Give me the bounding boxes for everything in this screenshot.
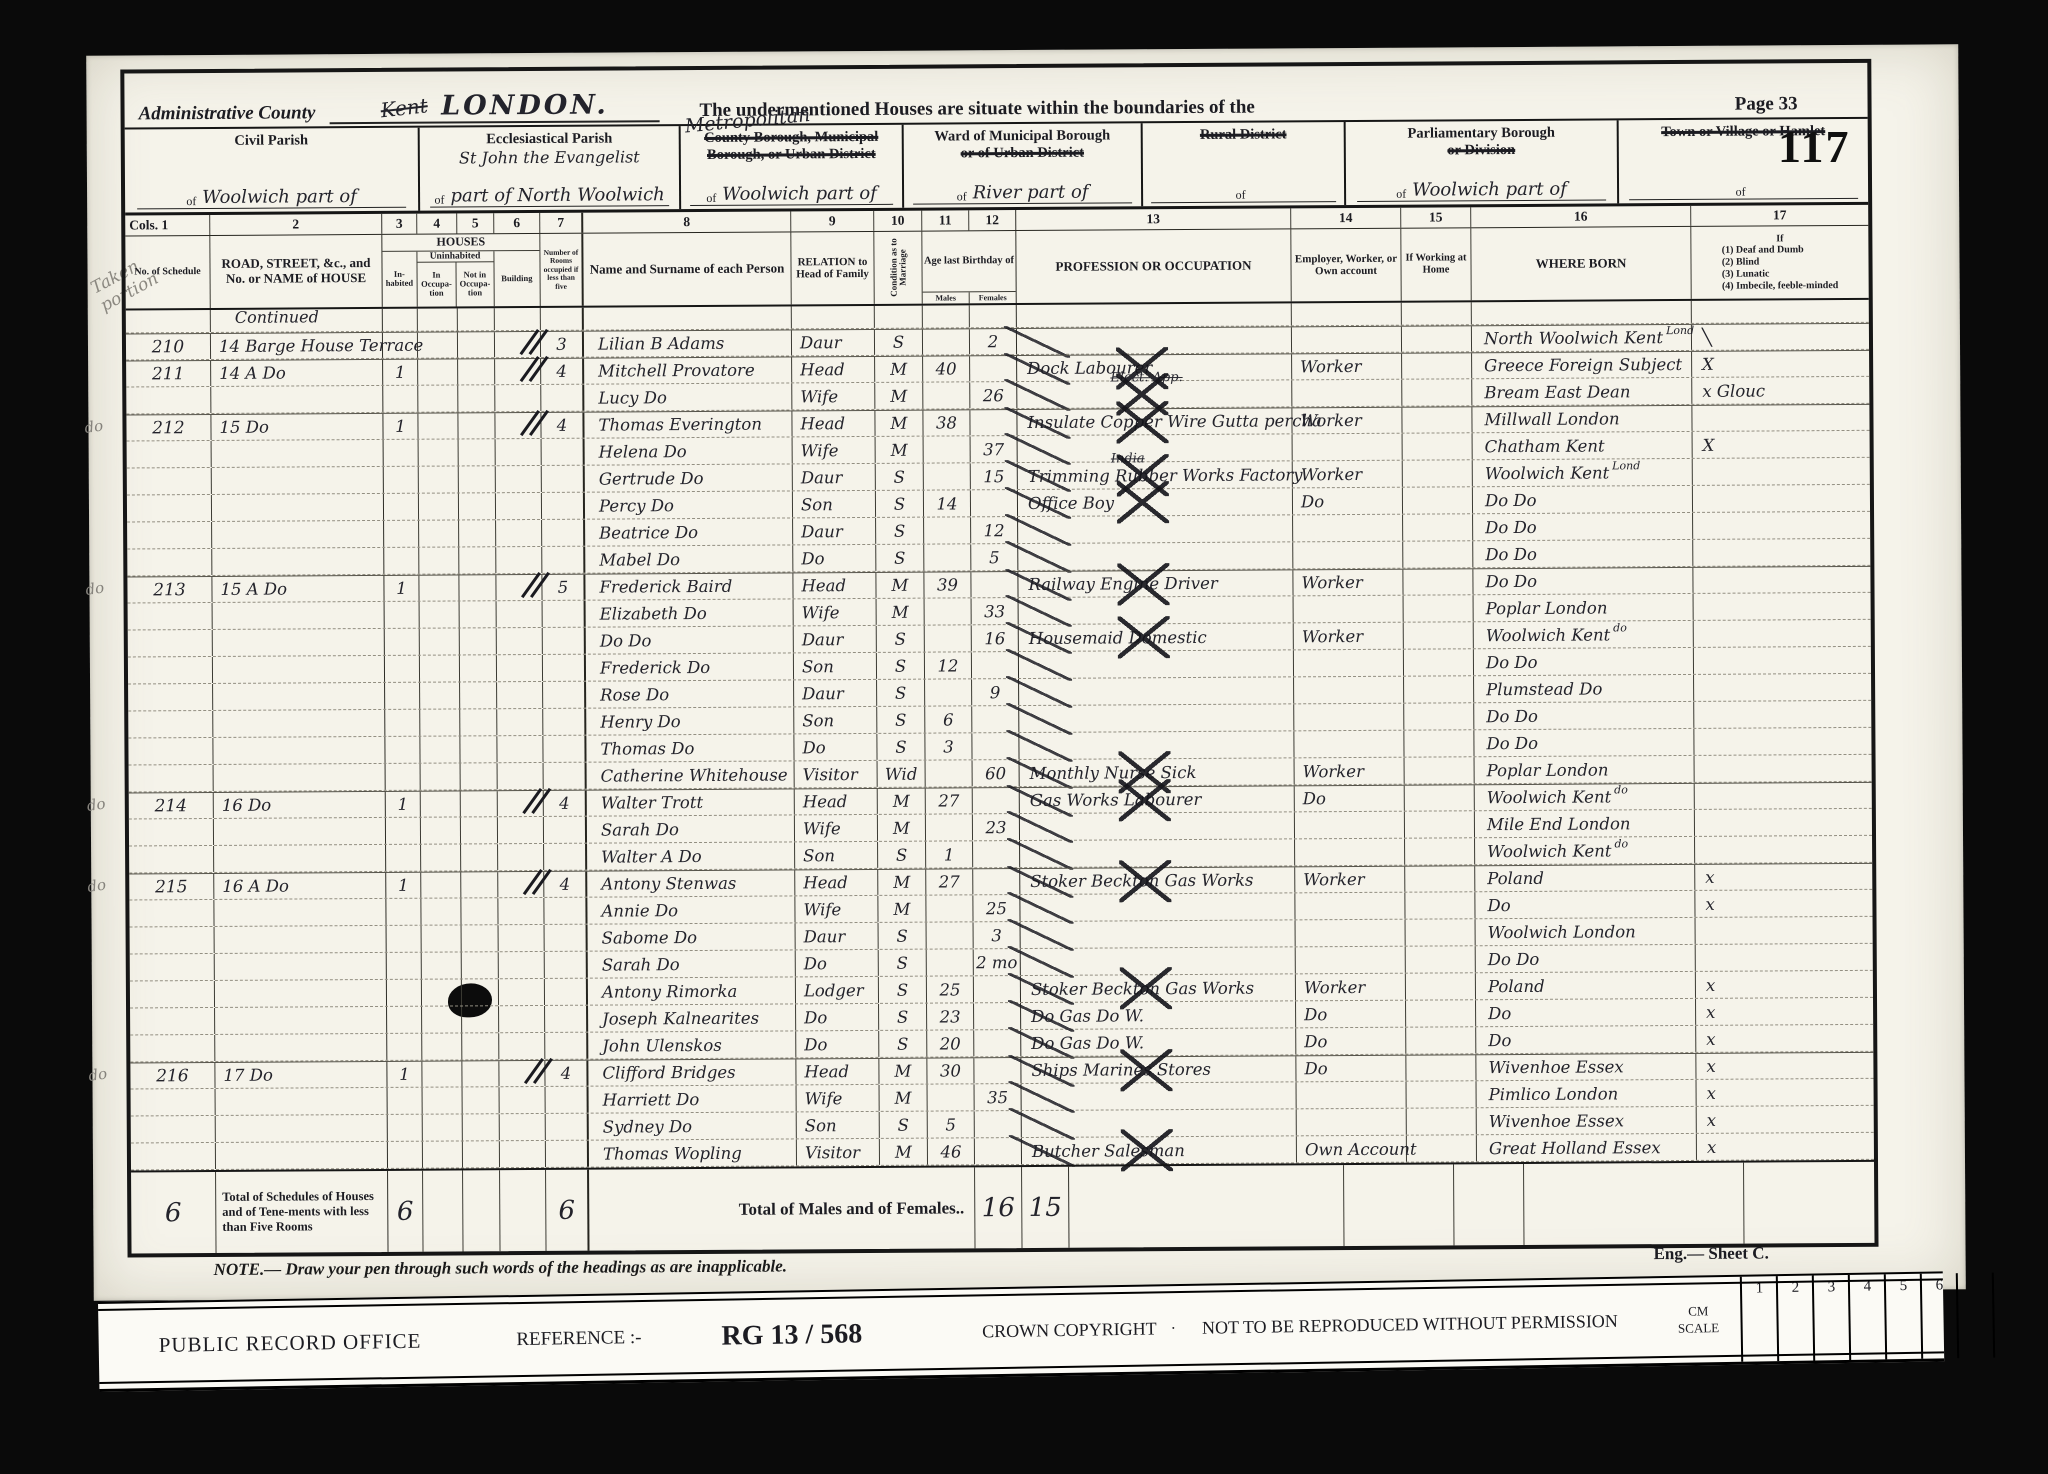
cell-uninhabited-not-occupation — [461, 791, 498, 816]
cell-uninhabited-in-occupation — [421, 872, 461, 897]
cell-uninhabited-in-occupation — [420, 736, 460, 762]
cell-uninhabited-not-occupation — [461, 763, 498, 789]
cell-age-female: 35 — [975, 1084, 1022, 1110]
cell-uninhabited-in-occupation — [418, 413, 458, 438]
header-rooms: Number of Rooms occupied if less than fi… — [540, 234, 583, 306]
cell-person-name: Rose Do — [586, 680, 794, 707]
separator-dot: · — [1171, 1320, 1177, 1338]
cell-rooms — [545, 1006, 588, 1032]
cell-road-street — [213, 737, 385, 764]
cell-employer-worker: Worker — [1293, 570, 1403, 596]
cell-working-at-home — [1402, 407, 1472, 432]
cell-condition: S — [876, 491, 924, 517]
cell-employer-worker: Do — [1296, 1001, 1406, 1028]
cell-infirmity-mark: x — [1697, 1133, 1874, 1160]
cell-employer-worker — [1294, 677, 1404, 704]
cell-uninhabited-in-occupation — [422, 952, 462, 978]
cell-where-born: Wivenhoe Essex — [1476, 1054, 1696, 1080]
cell-condition: S — [879, 950, 927, 976]
district-box-value-text: Woolwich part of — [202, 188, 357, 207]
cell-relation: Son — [794, 707, 877, 734]
cell-rooms — [544, 898, 587, 924]
cell-working-at-home — [1407, 1081, 1477, 1107]
cell-inhabited — [387, 926, 422, 952]
cell-relation: Daur — [793, 464, 876, 491]
cell-working-at-home — [1407, 1135, 1477, 1161]
cell-person-name: Frederick Do — [586, 653, 794, 680]
cell-person-name: Lucy Do — [584, 383, 792, 410]
cell-building — [497, 655, 543, 681]
cell-uninhabited-in-occupation — [423, 1087, 463, 1113]
col-num-9: 9 — [791, 211, 874, 232]
census-scan-canvas: Taken portion Administrative County Kent… — [0, 0, 2048, 1474]
cell-age-female — [975, 1111, 1022, 1137]
cell-rooms: 4 — [541, 359, 584, 384]
cell-schedule-number: 211 — [126, 361, 211, 387]
cell-age-female: 23 — [973, 814, 1020, 840]
cell-where-born: Do Do — [1473, 540, 1693, 567]
cell-building — [499, 1033, 545, 1059]
header-houses: HOUSES — [382, 234, 539, 252]
cell-occupation — [1018, 542, 1293, 570]
header-not-in-occupation: Not in Occupa-tion — [457, 262, 494, 307]
cell-person-name: Sabome Do — [588, 923, 796, 950]
cell-relation: Daur — [796, 923, 879, 950]
cell-condition: Wid — [878, 761, 926, 787]
cell-infirmity-mark — [1694, 620, 1871, 647]
cell-building — [498, 844, 544, 870]
cell-schedule-number: 216 — [130, 1063, 215, 1089]
cell-infirmity-mark: x — [1696, 998, 1873, 1025]
col-num-7: 7 — [540, 213, 583, 233]
cell-age-female: 5 — [971, 544, 1018, 570]
cell-inhabited — [388, 1142, 423, 1168]
cell-person-name: John Ulenskos — [588, 1031, 796, 1058]
cell-uninhabited-in-occupation — [419, 547, 459, 573]
cell-uninhabited-not-occupation — [459, 493, 496, 519]
cell-rooms: 4 — [544, 791, 587, 816]
cell-uninhabited-in-occupation — [422, 1061, 462, 1086]
cell-inhabited — [385, 737, 420, 763]
cell-age-male — [925, 679, 972, 705]
cell-condition: M — [875, 357, 923, 382]
pro-reference-value: RG 13 / 568 — [721, 1318, 862, 1352]
cell-employer-worker — [1294, 731, 1404, 758]
cell-infirmity-mark: x — [1697, 1106, 1874, 1133]
cell-inhabited — [385, 602, 420, 628]
cell-inhabited — [387, 1034, 422, 1060]
cell-road-street — [212, 440, 384, 467]
cell-occupation: Ships Marines Stores — [1021, 1056, 1296, 1083]
cell-road-street: 16 Do — [214, 792, 386, 818]
cell-condition: S — [879, 923, 927, 949]
district-box: Ward of Municipal Borough or of Urban Di… — [904, 123, 1144, 207]
cell-rooms — [545, 1033, 588, 1059]
cell-road-street — [215, 980, 387, 1007]
col-num-15: 15 — [1401, 207, 1471, 227]
cell-occupation — [1019, 704, 1294, 732]
cell-inhabited — [383, 333, 418, 358]
cell-uninhabited-not-occupation — [461, 844, 498, 870]
cell-where-born: North Woolwich Kent Lond — [1472, 325, 1692, 351]
cell-schedule-number — [130, 954, 215, 981]
cell-infirmity-mark: X — [1692, 351, 1869, 377]
cell-uninhabited-not-occupation — [463, 1087, 500, 1113]
cell-uninhabited-in-occupation — [421, 898, 461, 924]
of-prefix: of — [434, 194, 444, 206]
cell-building — [495, 413, 541, 438]
cell-age-male: 12 — [925, 652, 972, 678]
ruler-cell: 6 — [1920, 1273, 1957, 1359]
cell-where-born: Woolwich Kent Lond — [1473, 459, 1693, 486]
cell-infirmity-mark — [1693, 567, 1870, 593]
cell-condition: M — [875, 411, 923, 436]
cell-age-male — [924, 517, 971, 543]
cell-schedule-number — [130, 1035, 215, 1062]
district-box-value-line1: St John the Evangelist — [459, 149, 640, 166]
cell-age-female — [972, 733, 1019, 759]
cell-condition: S — [879, 1004, 927, 1030]
cell-occupation — [1022, 1109, 1297, 1137]
cell-age-male — [925, 598, 972, 624]
cell-inhabited — [386, 899, 421, 925]
district-box-title-line2: Borough, or Urban District — [707, 146, 876, 164]
cell-uninhabited-in-occupation — [419, 575, 459, 600]
cell-condition: S — [877, 653, 925, 679]
cell-schedule-number: 213 — [127, 577, 212, 603]
cell-building — [496, 547, 542, 573]
cell-schedule-number — [127, 441, 212, 468]
cell-working-at-home — [1407, 1108, 1477, 1134]
cell-uninhabited-not-occupation — [461, 817, 498, 843]
cell-building — [498, 898, 544, 924]
cell-working-at-home — [1406, 973, 1476, 999]
cell-relation: Head — [796, 1059, 879, 1085]
cell-age-female: 16 — [972, 625, 1019, 651]
cell-condition: S — [876, 464, 924, 490]
cell-age-female: 26 — [970, 382, 1017, 408]
cell-working-at-home — [1406, 1027, 1476, 1053]
district-box-value-text: River part of — [973, 184, 1089, 203]
cell-condition: S — [879, 977, 927, 1003]
total-schedules-value: 6 — [131, 1172, 216, 1254]
cm-scale-ruler: 123456 — [1740, 1273, 1995, 1362]
cell-working-at-home — [1405, 892, 1475, 918]
header-condition: Condition as to Marriage — [874, 232, 922, 304]
cell-where-born: Millwall London — [1472, 406, 1692, 432]
cell-occupation: Stoker Beckton Gas Works — [1020, 867, 1295, 894]
of-prefix: of — [1396, 188, 1406, 200]
cell-rooms — [544, 817, 587, 843]
cell-relation: Do — [796, 950, 879, 977]
cell-where-born: Chatham Kent — [1473, 432, 1693, 459]
cell-building — [496, 493, 542, 519]
cell-where-born: Plumstead Do — [1474, 675, 1694, 702]
cell-where-born: Do — [1475, 891, 1695, 918]
cell-relation: Son — [795, 842, 878, 869]
cell-age-female — [975, 1138, 1022, 1164]
cell-road-street — [211, 386, 383, 413]
cell-where-born: Poplar London — [1475, 756, 1695, 783]
col-num-1: Cols. 1 — [125, 215, 210, 236]
district-box: Civil Parish of Woolwich part of — [125, 128, 421, 213]
cell-age-male — [924, 463, 971, 489]
cell-infirmity-mark — [1693, 485, 1870, 512]
continued-note: Continued — [211, 309, 383, 332]
cell-age-male — [923, 382, 970, 408]
cell-building — [497, 709, 543, 735]
header-building: Building — [494, 251, 540, 307]
cell-road-street — [213, 602, 385, 629]
col-num-12: 12 — [969, 210, 1016, 230]
cell-road-street: 16 A Do — [214, 873, 386, 899]
cell-age-male — [926, 895, 973, 921]
cell-schedule-number — [126, 387, 211, 414]
cell-age-male: 5 — [928, 1111, 975, 1137]
cell-building — [495, 385, 541, 411]
cell-condition: S — [877, 734, 925, 760]
cell-road-street — [216, 1115, 388, 1142]
cell-person-name: Beatrice Do — [585, 518, 793, 545]
cell-rooms — [542, 547, 585, 573]
cell-infirmity-mark: ╲ — [1692, 324, 1869, 350]
cell-uninhabited-not-occupation — [460, 601, 497, 627]
cell-infirmity-mark — [1693, 539, 1870, 566]
district-box: Parliamentary Borough or Division of Woo… — [1346, 120, 1620, 205]
cell-building — [499, 979, 545, 1005]
cell-working-at-home — [1403, 541, 1473, 567]
cell-uninhabited-in-occupation — [423, 1114, 463, 1140]
cell-age-female — [971, 572, 1018, 597]
cell-person-name: Mabel Do — [585, 545, 793, 572]
cell-working-at-home — [1403, 569, 1473, 594]
cell-age-female — [971, 490, 1018, 516]
cell-where-born: Do Do — [1473, 568, 1693, 594]
cell-uninhabited-in-occupation — [419, 520, 459, 546]
cell-infirmity-mark: X — [1693, 431, 1870, 458]
cell-uninhabited-not-occupation — [461, 872, 498, 897]
cell-working-at-home — [1404, 703, 1474, 729]
cell-working-at-home — [1402, 379, 1472, 405]
cell-building — [496, 575, 542, 600]
cell-relation: Wife — [795, 896, 878, 923]
total-inhabited-value: 6 — [388, 1171, 423, 1252]
cell-age-male — [926, 760, 973, 786]
ruler-cell: 3 — [1812, 1275, 1849, 1361]
cell-uninhabited-not-occupation — [462, 979, 499, 1005]
district-box-title-line1: Ward of Municipal Borough — [934, 127, 1110, 145]
cell-working-at-home — [1406, 946, 1476, 972]
cell-occupation: Butcher Salesman — [1022, 1136, 1297, 1164]
cell-age-male: 20 — [927, 1030, 974, 1056]
total-schedules-label: Total of Schedules of Houses and of Tene… — [216, 1171, 388, 1253]
cell-age-male: 23 — [927, 1003, 974, 1029]
cell-age-male: 38 — [923, 410, 970, 435]
header-infirmity: If (1) Deaf and Dumb (2) Blind (3) Lunat… — [1691, 226, 1868, 299]
cell-building — [500, 1087, 546, 1113]
cell-relation: Daur — [794, 680, 877, 707]
district-box-value-text: Woolwich part of — [1412, 181, 1567, 200]
cell-age-male — [926, 814, 973, 840]
cell-condition: M — [878, 870, 926, 895]
cell-age-female — [970, 410, 1017, 435]
cell-inhabited — [384, 521, 419, 547]
cell-age-male — [928, 1084, 975, 1110]
header-females: Females — [970, 292, 1016, 303]
cell-employer-worker: Worker — [1295, 867, 1405, 893]
cell-person-name: Henry Do — [586, 707, 794, 734]
cell-relation: Daur — [794, 626, 877, 653]
cell-relation: Head — [793, 573, 876, 599]
cell-working-at-home — [1404, 622, 1474, 648]
cell-working-at-home — [1404, 730, 1474, 756]
cell-person-name: Thomas Everington — [584, 411, 792, 437]
cell-uninhabited-not-occupation — [462, 1061, 499, 1086]
cell-age-male — [924, 544, 971, 570]
cell-infirmity-mark — [1694, 701, 1871, 728]
col-num-13: 13 — [1016, 208, 1291, 230]
cell-road-street: 15 Do — [211, 414, 383, 440]
cell-relation: Do — [796, 1031, 879, 1058]
cell-where-born: Mile End London — [1475, 810, 1695, 837]
cell-person-name: Helena Do — [585, 437, 793, 464]
cell-where-born: Woolwich Kent do — [1475, 784, 1695, 810]
cell-condition: S — [878, 842, 926, 868]
cell-road-street — [212, 521, 384, 548]
cell-schedule-number — [129, 846, 214, 873]
cell-uninhabited-in-occupation — [420, 601, 460, 627]
cell-road-street — [213, 683, 385, 710]
cell-uninhabited-in-occupation — [420, 682, 460, 708]
cell-condition: M — [878, 789, 926, 814]
cell-uninhabited-in-occupation — [419, 493, 459, 519]
col-num-5: 5 — [457, 213, 494, 233]
cell-infirmity-mark — [1695, 783, 1872, 809]
cell-schedule-number — [127, 468, 212, 495]
cell-occupation — [1019, 596, 1294, 624]
cell-employer-worker — [1296, 947, 1406, 974]
cell-road-street — [216, 1142, 388, 1169]
cell-inhabited — [386, 845, 421, 871]
cell-uninhabited-in-occupation — [422, 1033, 462, 1059]
cell-person-name: Lilian B Adams — [584, 330, 792, 356]
cell-relation: Wife — [795, 815, 878, 842]
cell-person-name: Clifford Bridges — [588, 1059, 796, 1085]
cell-schedule-number — [130, 927, 215, 954]
folio-number-stamp: 117 — [1778, 120, 1850, 173]
cell-building — [497, 682, 543, 708]
cell-age-male — [927, 922, 974, 948]
cell-inhabited — [385, 710, 420, 736]
cell-where-born: Do — [1476, 999, 1696, 1026]
cell-uninhabited-not-occupation — [460, 655, 497, 681]
cell-condition: M — [880, 1085, 928, 1111]
cell-infirmity-mark — [1694, 647, 1871, 674]
cell-inhabited: 1 — [387, 1062, 422, 1087]
of-prefix: of — [1736, 186, 1746, 198]
cell-inhabited — [384, 548, 419, 574]
cell-infirmity-mark — [1694, 674, 1871, 701]
cell-person-name: Elizabeth Do — [586, 599, 794, 626]
cell-occupation — [1018, 434, 1293, 462]
district-box-title-line1: Rural District — [1200, 126, 1287, 143]
header-in-occupation: In Occupa-tion — [417, 262, 457, 307]
cell-inhabited — [384, 467, 419, 493]
district-box-title-line1: Parliamentary Borough — [1407, 125, 1555, 143]
cell-inhabited — [384, 494, 419, 520]
cell-uninhabited-not-occupation — [458, 332, 495, 357]
district-box-value: of part of North Woolwich — [430, 186, 668, 207]
cell-uninhabited-not-occupation — [459, 547, 496, 573]
cell-condition: S — [875, 330, 923, 355]
cell-uninhabited-in-occupation — [422, 979, 462, 1005]
cell-occupation: Office Boy — [1018, 488, 1293, 516]
cell-uninhabited-in-occupation — [422, 1006, 462, 1032]
cell-employer-worker — [1292, 327, 1402, 353]
cell-rooms — [543, 601, 586, 627]
cell-building — [498, 872, 544, 897]
cell-employer-worker: Own Account — [1297, 1136, 1407, 1163]
cell-road-street — [212, 548, 384, 575]
cell-infirmity-mark — [1693, 512, 1870, 539]
cell-occupation — [1019, 731, 1294, 759]
cell-condition: M — [876, 437, 924, 463]
cell-road-street — [215, 926, 387, 953]
column-headers-row: No. of Schedule ROAD, STREET, &c., and N… — [125, 226, 1868, 311]
ruler-cell: 2 — [1776, 1276, 1813, 1362]
cell-inhabited — [388, 1115, 423, 1141]
cell-occupation — [1020, 839, 1295, 867]
cell-infirmity-mark: x Glouc — [1692, 377, 1869, 404]
occupation-annotation: India — [1111, 451, 1145, 466]
cell-person-name: Frederick Baird — [585, 573, 793, 599]
cell-condition: S — [880, 1112, 928, 1138]
cell-schedule-number — [128, 603, 213, 630]
cell-working-at-home — [1405, 811, 1475, 837]
cell-employer-worker: Do — [1296, 1056, 1406, 1082]
cell-building — [499, 952, 545, 978]
header-uninhabited: Uninhabited — [417, 251, 493, 262]
cell-condition: M — [880, 1139, 928, 1165]
cell-infirmity-mark — [1694, 593, 1871, 620]
cell-road-street — [213, 710, 385, 737]
cell-age-male: 27 — [926, 869, 973, 894]
cell-uninhabited-not-occupation — [462, 925, 499, 951]
cell-occupation — [1018, 515, 1293, 543]
cell-age-female: 37 — [971, 436, 1018, 462]
cell-uninhabited-in-occupation — [421, 763, 461, 789]
cell-age-female: 2 — [970, 329, 1017, 354]
cell-relation: Son — [793, 491, 876, 518]
header-relation: RELATION to Head of Family — [791, 232, 874, 305]
cell-person-name: Catherine Whitehouse — [587, 761, 795, 788]
cell-relation: Head — [792, 357, 875, 383]
cell-condition: M — [876, 573, 924, 598]
cell-employer-worker — [1293, 542, 1403, 569]
cell-where-born: Wivenhoe Essex — [1477, 1107, 1697, 1134]
cell-employer-worker: Worker — [1295, 758, 1405, 785]
cell-uninhabited-not-occupation — [462, 952, 499, 978]
cell-rooms — [545, 952, 588, 978]
cell-age-female — [974, 976, 1021, 1002]
cell-age-female: 33 — [972, 598, 1019, 624]
admin-county-struck: Kent — [379, 95, 428, 120]
cell-working-at-home — [1405, 785, 1475, 810]
occupation-annotation: Elect. App. — [1110, 370, 1182, 385]
cell-uninhabited-not-occupation — [462, 1033, 499, 1059]
cell-condition: S — [879, 1031, 927, 1057]
cell-uninhabited-in-occupation — [421, 817, 461, 843]
